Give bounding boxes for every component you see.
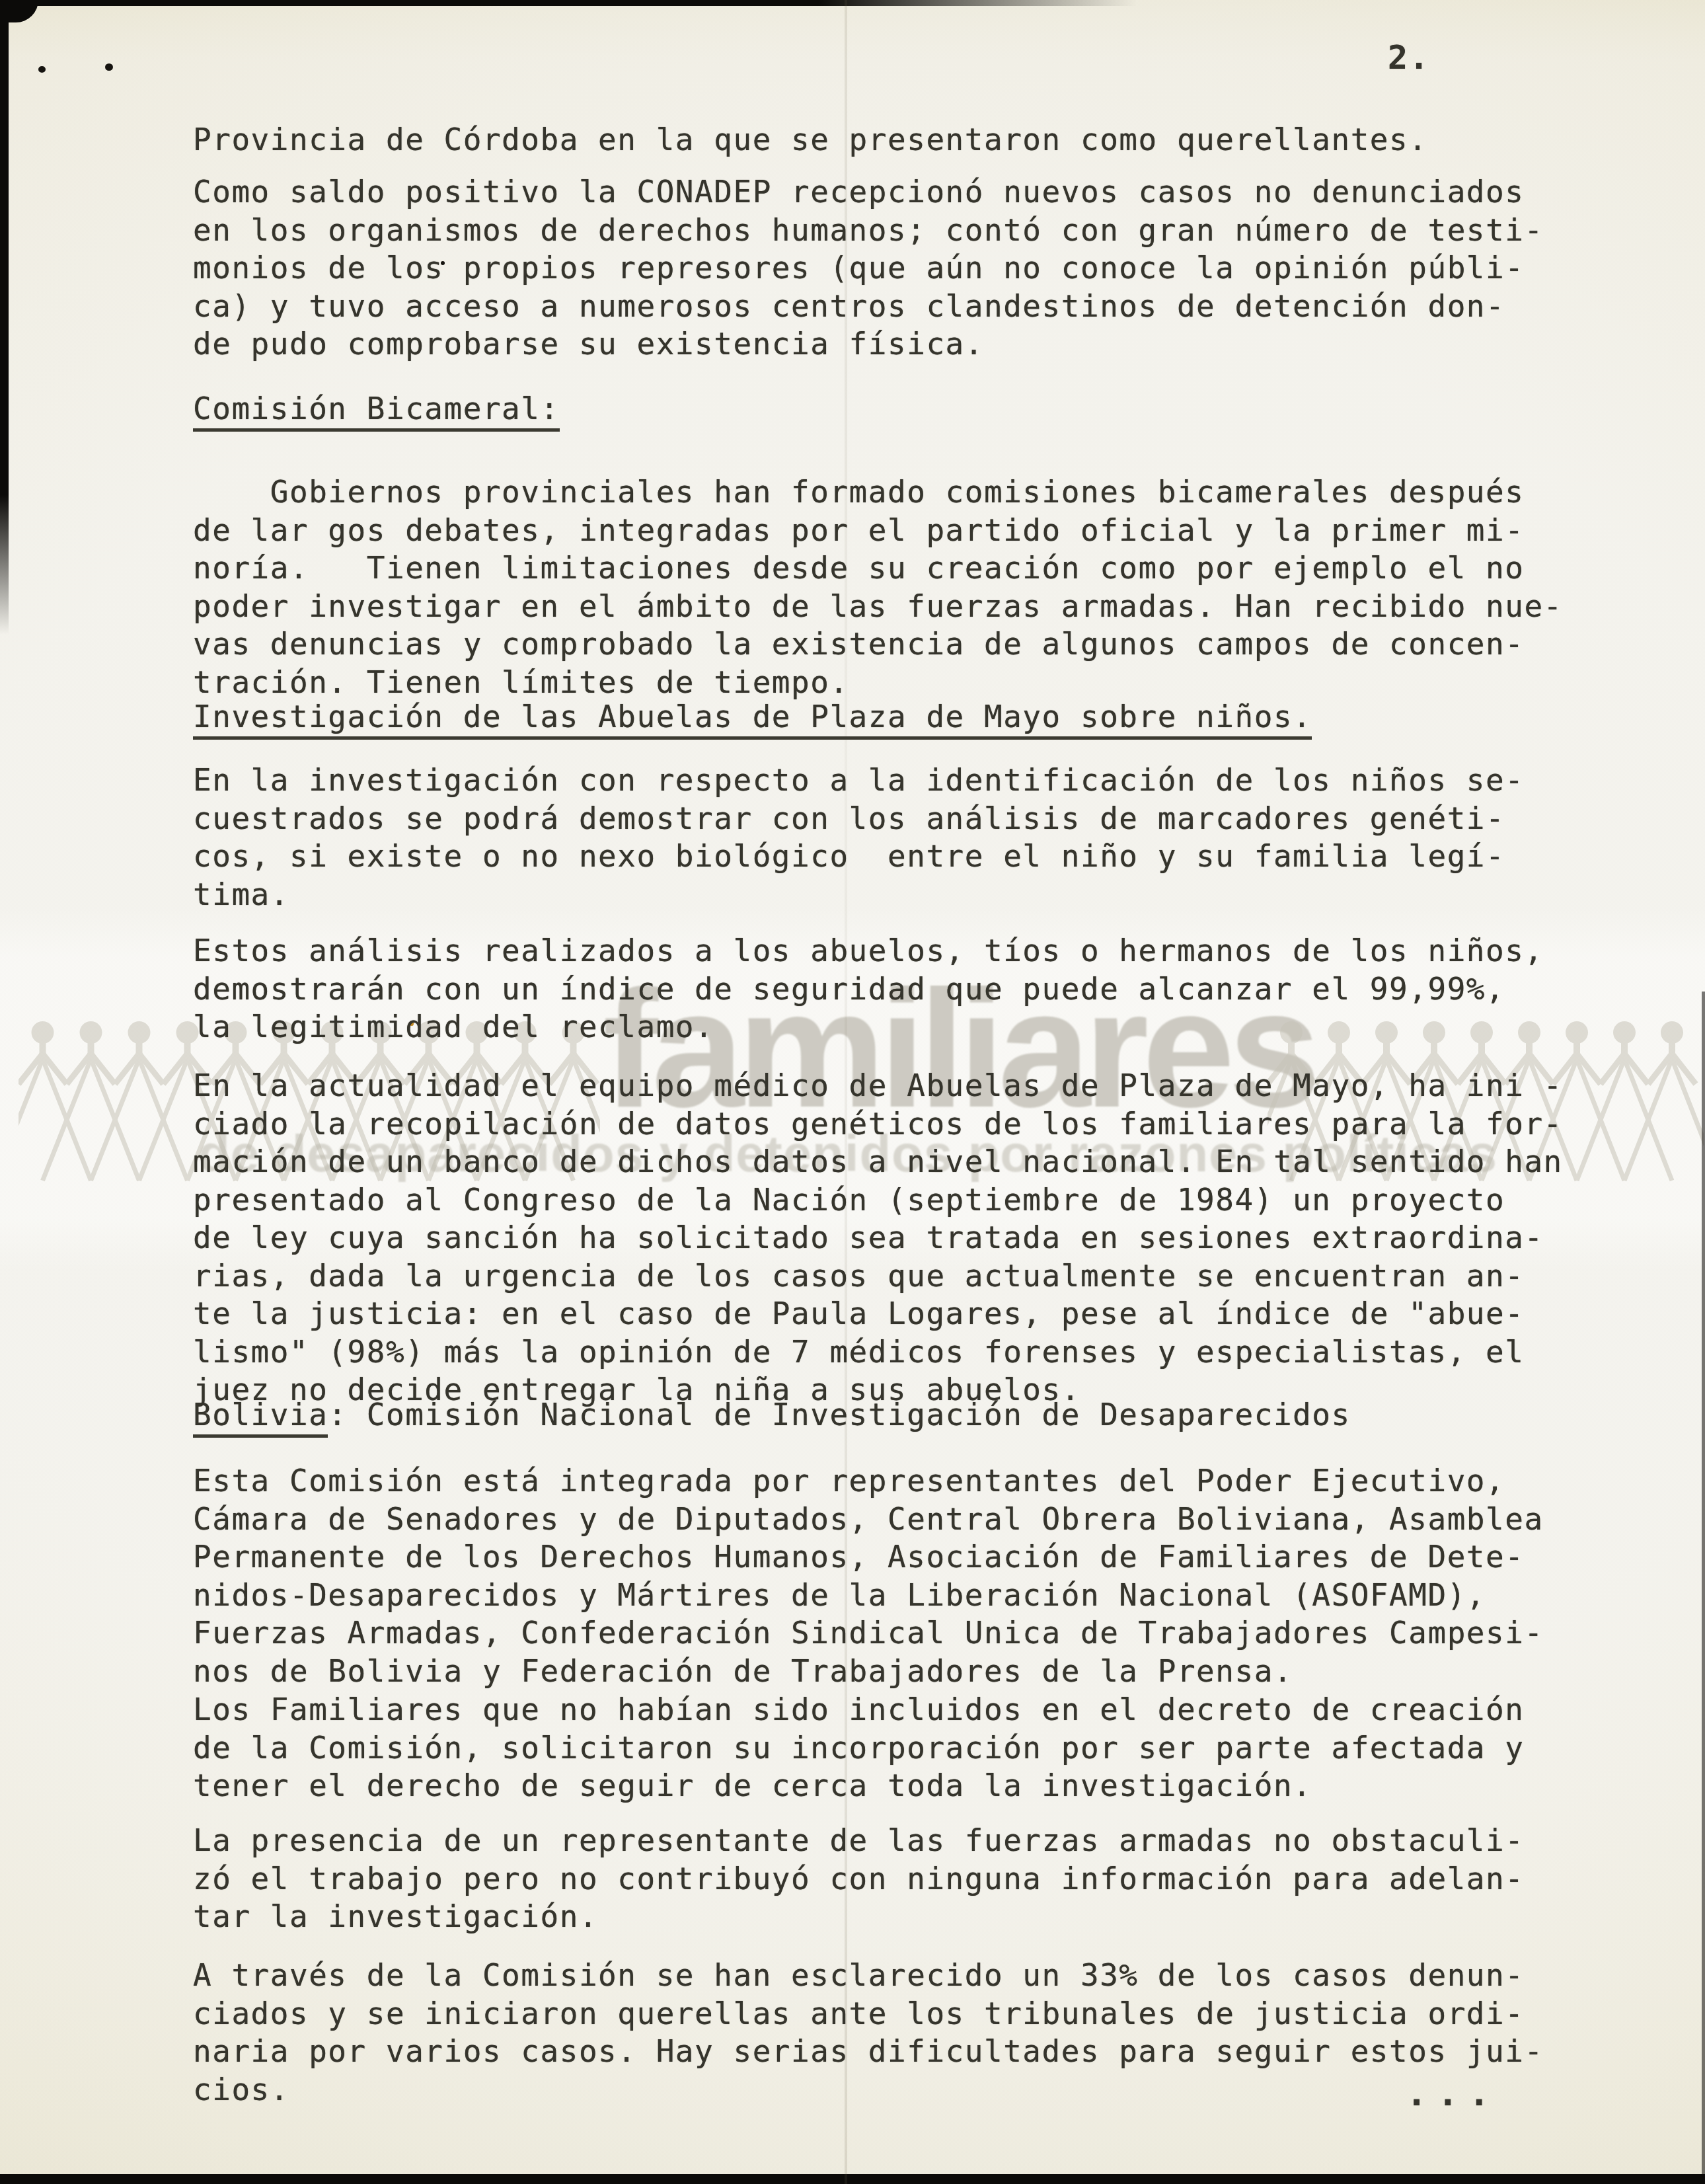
paragraph-cordoba: Provincia de Córdoba en la que se presen… — [193, 121, 1427, 159]
paragraph-equipo-medico: En la actualidad el equipo médico de Abu… — [193, 1067, 1563, 1409]
paragraph-identificacion-ninos: En la investigación con respecto a la id… — [193, 761, 1524, 914]
paragraph-comisiones-provinciales: Gobiernos provinciales han formado comis… — [193, 473, 1563, 701]
scanned-document-page: familiares de desaparecidos y detenidos … — [0, 0, 1705, 2184]
heading-bolivia-label: Bolivia — [193, 1397, 328, 1438]
heading-bolivia-comision: Bolivia: Comisión Nacional de Investigac… — [193, 1396, 1351, 1434]
ink-speck — [38, 66, 46, 73]
trailing-ellipsis: ... — [1406, 2074, 1500, 2114]
paragraph-familiares-incorporacion: Los Familiares que no habían sido inclui… — [193, 1691, 1524, 1805]
heading-bolivia-rest: : Comisión Nacional de Investigación de … — [328, 1397, 1350, 1432]
paragraph-representante-ffaa: La presencia de un representante de las … — [193, 1822, 1524, 1936]
scan-edge-bottom — [0, 2174, 1705, 2184]
paragraph-analisis-geneticos: Estos análisis realizados a los abuelos,… — [193, 932, 1544, 1046]
scan-edge-right — [1702, 992, 1705, 2184]
ink-speck — [105, 63, 113, 71]
scan-edge-left — [0, 0, 9, 635]
page-number: 2. — [1388, 38, 1430, 77]
heading-comision-bicameral-label: Comisión Bicameral: — [193, 391, 560, 432]
paragraph-comision-integrada: Esta Comisión está integrada por represe… — [193, 1462, 1544, 1690]
scan-edge-top — [0, 0, 1137, 6]
heading-abuelas-label: Investigación de las Abuelas de Plaza de… — [193, 699, 1312, 740]
paragraph-conadep: Como saldo positivo la CONADEP recepcion… — [193, 173, 1544, 364]
paragraph-casos-esclarecidos: A través de la Comisión se han esclareci… — [193, 1957, 1544, 2109]
heading-abuelas-investigacion: Investigación de las Abuelas de Plaza de… — [193, 698, 1312, 736]
heading-comision-bicameral: Comisión Bicameral: — [193, 390, 560, 428]
